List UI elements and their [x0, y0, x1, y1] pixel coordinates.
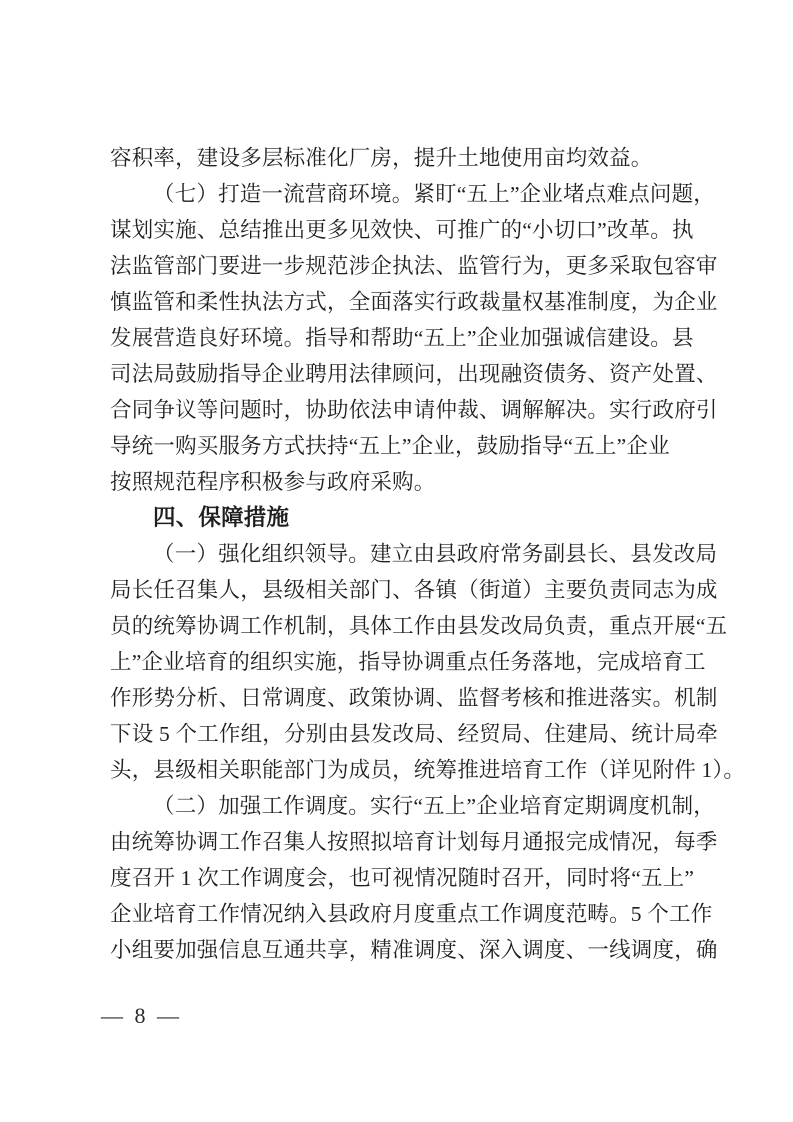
- text-line: 度召开 1 次工作调度会，也可视情况随时召开，同时将“五上”: [110, 860, 714, 896]
- text-line: 员的统筹协调工作机制，具体工作由县发改局负责，重点开展“五: [110, 608, 714, 644]
- text-line: 局长任召集人，县级相关部门、各镇（街道）主要负责同志为成: [110, 572, 714, 608]
- text-line: 作形势分析、日常调度、政策协调、监督考核和推进落实。机制: [110, 680, 714, 716]
- paragraph-start-line: （一）强化组织领导。建立由县政府常务副县长、县发改局: [110, 536, 714, 572]
- text-line: 上”企业培育的组织实施，指导协调重点任务落地，完成培育工: [110, 644, 714, 680]
- text-line: 下设 5 个工作组，分别由县发改局、经贸局、住建局、统计局牵: [110, 716, 714, 752]
- text-line: 司法局鼓励指导企业聘用法律顾问，出现融资债务、资产处置、: [110, 356, 714, 392]
- text-line: 容积率，建设多层标准化厂房，提升土地使用亩均效益。: [110, 140, 714, 176]
- paragraph-start-line: （七）打造一流营商环境。紧盯“五上”企业堵点难点问题，: [110, 176, 714, 212]
- paragraph-end-line: 按照规范程序积极参与政府采购。: [110, 464, 714, 500]
- text-line: 谋划实施、总结推出更多见效快、可推广的“小切口”改革。执: [110, 212, 714, 248]
- section-heading: 四、保障措施: [110, 500, 714, 536]
- text-line: 慎监管和柔性执法方式，全面落实行政裁量权基准制度，为企业: [110, 284, 714, 320]
- paragraph-start-line: （二）加强工作调度。实行“五上”企业培育定期调度机制，: [110, 788, 714, 824]
- text-line: 企业培育工作情况纳入县政府月度重点工作调度范畴。5 个工作: [110, 896, 714, 932]
- page-number: — 8 —: [101, 1000, 182, 1032]
- document-page: 容积率，建设多层标准化厂房，提升土地使用亩均效益。 （七）打造一流营商环境。紧盯…: [0, 0, 793, 1122]
- text-line: 法监管部门要进一步规范涉企执法、监管行为，更多采取包容审: [110, 248, 714, 284]
- document-body: 容积率，建设多层标准化厂房，提升土地使用亩均效益。 （七）打造一流营商环境。紧盯…: [110, 140, 714, 968]
- text-line: 合同争议等问题时，协助依法申请仲裁、调解解决。实行政府引: [110, 392, 714, 428]
- text-line: 由统筹协调工作召集人按照拟培育计划每月通报完成情况，每季: [110, 824, 714, 860]
- text-line: 小组要加强信息互通共享，精准调度、深入调度、一线调度，确: [110, 932, 714, 968]
- text-line: 导统一购买服务方式扶持“五上”企业，鼓励指导“五上”企业: [110, 428, 714, 464]
- paragraph-end-line: 头，县级相关职能部门为成员，统筹推进培育工作（详见附件 1）。: [110, 752, 714, 788]
- text-line: 发展营造良好环境。指导和帮助“五上”企业加强诚信建设。县: [110, 320, 714, 356]
